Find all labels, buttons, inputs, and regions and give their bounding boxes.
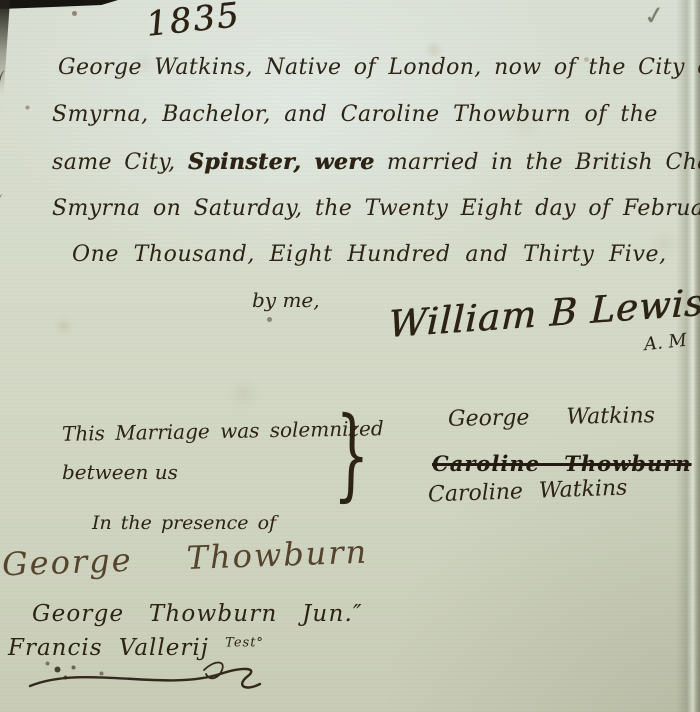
witness-heading: In the presence of — [92, 513, 276, 534]
witness-signature-2: George Thowburn Jun.″ — [32, 602, 363, 627]
officiant-credentials: A. M — [643, 331, 688, 355]
attestation-brace: } — [333, 398, 371, 511]
bride-signature: Caroline Watkins — [428, 477, 628, 508]
facing-page-ink-stroke — [0, 193, 9, 232]
attestation-line-2: between us — [62, 461, 178, 483]
register-page: ✓ 1835 George Watkins, Native of London,… — [0, 0, 700, 712]
pencil-checkmark-icon: ✓ — [642, 1, 667, 31]
entry-line-1: George Watkins, Native of London, now of… — [58, 56, 700, 80]
signature-flourish — [24, 656, 276, 698]
entry-line-3-emphasis: Spinster, were — [188, 149, 375, 175]
facing-page-ink-stroke — [0, 69, 11, 116]
witness-3-title: Test° — [225, 635, 264, 650]
entry-line-5: One Thousand, Eight Hundred and Thirty F… — [72, 243, 667, 267]
scan-edge-top — [0, 0, 118, 9]
witness-signature-1: George Thowburn — [1, 535, 368, 583]
entry-line-4: Smyrna on Saturday, the Twenty Eight day… — [52, 197, 700, 221]
bride-signature-struck: Caroline Thowburn — [432, 452, 692, 475]
page-edge-shadow — [676, 0, 700, 712]
year-heading: 1835 — [144, 0, 242, 44]
entry-line-3: same City, Spinster, were married in the… — [52, 150, 700, 175]
groom-signature: George Watkins — [448, 404, 655, 432]
entry-line-2: Smyrna, Bachelor, and Caroline Thowburn … — [52, 103, 658, 127]
byline: by me, — [252, 289, 320, 311]
entry-line-3-post: married in the British Chapel — [375, 150, 700, 175]
paper-stains — [0, 0, 8, 8]
entry-line-3-pre: same City, — [52, 150, 188, 175]
